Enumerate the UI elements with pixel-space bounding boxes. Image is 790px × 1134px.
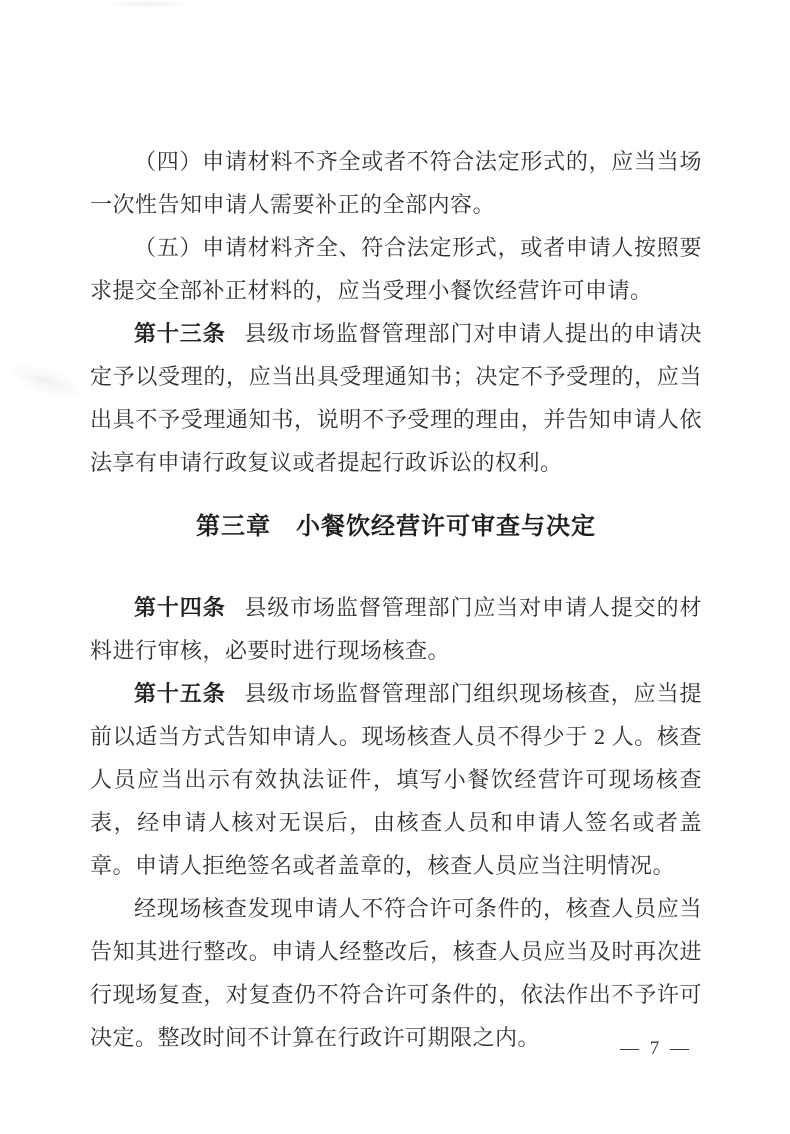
paragraph-text: 县级市场监督管理部门组织现场核查，应当提前以适当方式告知申请人。现场核查人员不得… [90, 681, 702, 878]
article-number-label: 第十五条 [134, 681, 226, 706]
chapter-heading: 第三章 小餐饮经营许可审查与决定 [90, 506, 702, 548]
document-body: （四）申请材料不齐全或者不符合法定形式的，应当当场一次性告知申请人需要补正的全部… [90, 140, 702, 1059]
paragraph-item-followup: 经现场核查发现申请人不符合许可条件的，核查人员应当告知其进行整改。申请人经整改后… [90, 887, 702, 1059]
scan-smudge [4, 356, 88, 405]
page-number: — 7 — [620, 1038, 692, 1060]
article-number-label: 第十四条 [134, 595, 226, 620]
paragraph-text: （四）申请材料不齐全或者不符合法定形式的，应当当场一次性告知申请人需要补正的全部… [90, 149, 702, 217]
paragraph-text: 经现场核查发现申请人不符合许可条件的，核查人员应当告知其进行整改。申请人经整改后… [90, 896, 702, 1050]
paragraph-item-4: （四）申请材料不齐全或者不符合法定形式的，应当当场一次性告知申请人需要补正的全部… [90, 140, 702, 226]
article-number-label: 第十三条 [134, 321, 226, 346]
paragraph-text: （五）申请材料齐全、符合法定形式，或者申请人按照要求提交全部补正材料的，应当受理… [90, 235, 702, 303]
document-page: （四）申请材料不齐全或者不符合法定形式的，应当当场一次性告知申请人需要补正的全部… [0, 0, 790, 1134]
paragraph-article-14: 第十四条县级市场监督管理部门应当对申请人提交的材料进行审核，必要时进行现场核查。 [90, 586, 702, 672]
scan-smudge [108, 0, 188, 8]
paragraph-item-5: （五）申请材料齐全、符合法定形式，或者申请人按照要求提交全部补正材料的，应当受理… [90, 226, 702, 312]
paragraph-article-13: 第十三条县级市场监督管理部门对申请人提出的申请决定予以受理的，应当出具受理通知书… [90, 312, 702, 484]
paragraph-article-15: 第十五条县级市场监督管理部门组织现场核查，应当提前以适当方式告知申请人。现场核查… [90, 672, 702, 887]
